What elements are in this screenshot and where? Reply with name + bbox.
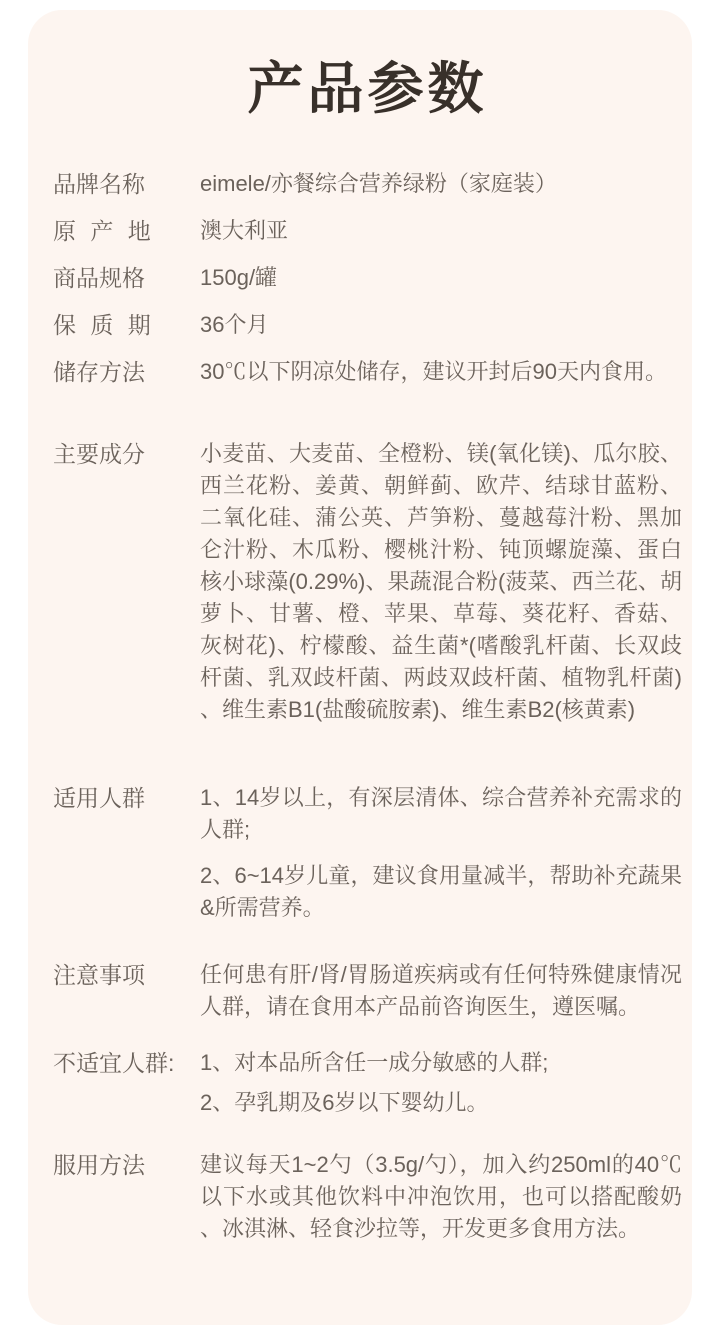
- spec-value: 150g/罐: [200, 262, 682, 294]
- spec-value-paragraph: 1、14岁以上，有深层清体、综合营养补充需求的人群;: [200, 782, 682, 846]
- spec-value: 1、14岁以上，有深层清体、综合营养补充需求的人群;2、6~14岁儿童，建议食用…: [200, 782, 682, 924]
- spec-label: 商品规格: [53, 262, 200, 294]
- spec-value-paragraph: 30℃以下阴凉处储存，建议开封后90天内食用。: [200, 356, 682, 388]
- spec-value: 1、对本品所含任一成分敏感的人群;2、孕乳期及6岁以下婴幼儿。: [200, 1047, 682, 1119]
- spec-value: 36个月: [200, 309, 682, 341]
- spec-label: 原 产 地: [53, 215, 200, 247]
- spec-label: 保 质 期: [53, 309, 200, 341]
- spec-label: 储存方法: [53, 356, 200, 388]
- spec-row: 品牌名称eimele/亦餐综合营养绿粉（家庭装）: [53, 168, 682, 200]
- spec-row: 原 产 地澳大利亚: [53, 215, 682, 247]
- spec-value: 建议每天1~2勺（3.5g/勺），加入约250ml的40℃以下水或其他饮料中冲泡…: [200, 1149, 682, 1245]
- spec-value-paragraph: 36个月: [200, 309, 682, 341]
- spec-label: 品牌名称: [53, 168, 200, 200]
- spec-value: 小麦苗、大麦苗、全橙粉、镁(氧化镁)、瓜尔胶、西兰花粉、姜黄、朝鲜蓟、欧芹、结球…: [200, 438, 682, 726]
- spec-row: 商品规格150g/罐: [53, 262, 682, 294]
- spec-value: 30℃以下阴凉处储存，建议开封后90天内食用。: [200, 356, 682, 388]
- spec-value-paragraph: 任何患有肝/肾/胃肠道疾病或有任何特殊健康情况人群，请在食用本产品前咨询医生，遵…: [200, 959, 682, 1023]
- page-title: 产品参数: [53, 58, 682, 120]
- spec-table: 品牌名称eimele/亦餐综合营养绿粉（家庭装）原 产 地澳大利亚商品规格150…: [53, 168, 682, 1245]
- spec-value-paragraph: 2、孕乳期及6岁以下婴幼儿。: [200, 1087, 682, 1119]
- spec-value: eimele/亦餐综合营养绿粉（家庭装）: [200, 168, 682, 200]
- spec-value: 澳大利亚: [200, 215, 682, 247]
- spec-row: 不适宜人群:1、对本品所含任一成分敏感的人群;2、孕乳期及6岁以下婴幼儿。: [53, 1047, 682, 1119]
- spec-row: 主要成分小麦苗、大麦苗、全橙粉、镁(氧化镁)、瓜尔胶、西兰花粉、姜黄、朝鲜蓟、欧…: [53, 438, 682, 726]
- spec-row: 服用方法建议每天1~2勺（3.5g/勺），加入约250ml的40℃以下水或其他饮…: [53, 1149, 682, 1245]
- spec-label: 注意事项: [53, 959, 200, 991]
- spec-value-paragraph: eimele/亦餐综合营养绿粉（家庭装）: [200, 168, 682, 200]
- spec-value-paragraph: 2、6~14岁儿童，建议食用量减半，帮助补充蔬果&所需营养。: [200, 860, 682, 924]
- spec-value-paragraph: 1、对本品所含任一成分敏感的人群;: [200, 1047, 682, 1079]
- spec-value-paragraph: 小麦苗、大麦苗、全橙粉、镁(氧化镁)、瓜尔胶、西兰花粉、姜黄、朝鲜蓟、欧芹、结球…: [200, 438, 682, 726]
- spec-label: 服用方法: [53, 1149, 200, 1181]
- spec-row: 储存方法30℃以下阴凉处储存，建议开封后90天内食用。: [53, 356, 682, 388]
- spec-label: 不适宜人群:: [53, 1047, 200, 1079]
- spec-value: 任何患有肝/肾/胃肠道疾病或有任何特殊健康情况人群，请在食用本产品前咨询医生，遵…: [200, 959, 682, 1023]
- spec-value-paragraph: 澳大利亚: [200, 215, 682, 247]
- spec-value-paragraph: 建议每天1~2勺（3.5g/勺），加入约250ml的40℃以下水或其他饮料中冲泡…: [200, 1149, 682, 1245]
- product-params-card: 产品参数 品牌名称eimele/亦餐综合营养绿粉（家庭装）原 产 地澳大利亚商品…: [28, 10, 692, 1325]
- spec-label: 适用人群: [53, 782, 200, 814]
- spec-row: 保 质 期36个月: [53, 309, 682, 341]
- spec-label: 主要成分: [53, 438, 200, 470]
- spec-row: 注意事项任何患有肝/肾/胃肠道疾病或有任何特殊健康情况人群，请在食用本产品前咨询…: [53, 959, 682, 1023]
- spec-value-paragraph: 150g/罐: [200, 262, 682, 294]
- spec-row: 适用人群1、14岁以上，有深层清体、综合营养补充需求的人群;2、6~14岁儿童，…: [53, 782, 682, 924]
